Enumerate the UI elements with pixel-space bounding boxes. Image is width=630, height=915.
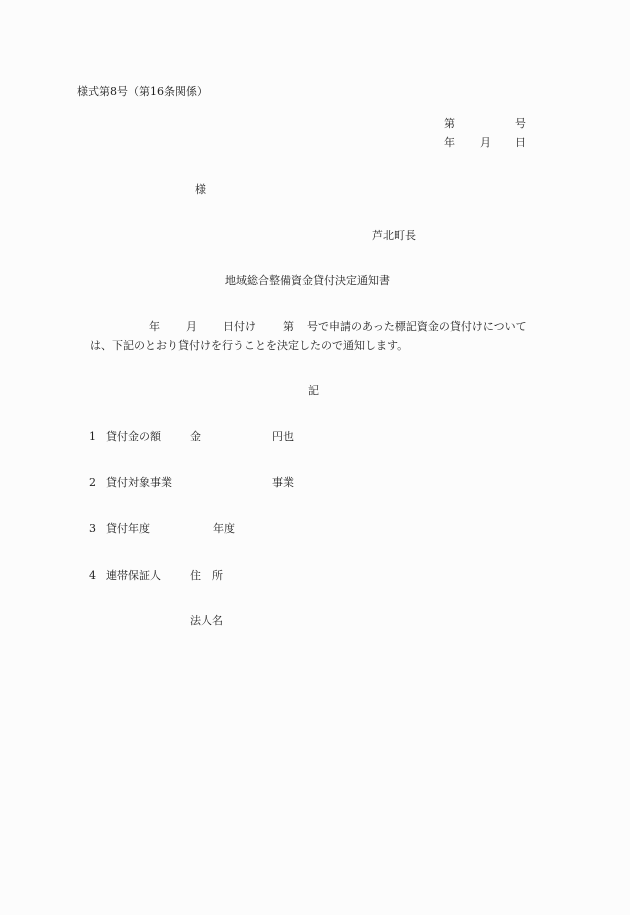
document-title: 地域総合整備資金貸付決定通知書: [225, 274, 390, 288]
item-1-label: 貸付金の額: [106, 430, 161, 444]
item-2-field2: 事業: [272, 476, 294, 490]
item-3-num: 3: [89, 522, 96, 536]
body-month: 月: [186, 320, 197, 334]
item-3-label: 貸付年度: [106, 522, 150, 536]
item-1-field1: 金: [190, 430, 201, 444]
item-2-num: 2: [89, 476, 96, 490]
item-4-label: 連帯保証人: [106, 569, 161, 583]
body-line1-rest: 号で申請のあった標記資金の貸付けについて: [307, 320, 527, 334]
body-line2: は、下記のとおり貸付けを行うことを決定したので通知します。: [90, 339, 408, 353]
body-dated: 日付け: [223, 320, 256, 334]
item-3-field1: 年度: [213, 522, 235, 536]
recipient-honorific: 様: [195, 183, 206, 197]
item-1-num: 1: [89, 430, 96, 444]
number-suffix: 号: [515, 117, 526, 131]
date-month: 月: [480, 136, 491, 150]
date-day: 日: [515, 136, 526, 150]
date-year: 年: [444, 136, 455, 150]
item-1-field2: 円也: [272, 430, 294, 444]
sender-title: 芦北町長: [372, 229, 416, 243]
form-id: 様式第8号（第16条関係）: [77, 85, 208, 99]
item-4-num: 4: [89, 569, 96, 583]
item-4-address: 住 所: [190, 569, 223, 583]
ki-heading: 記: [308, 384, 319, 398]
body-year: 年: [149, 320, 160, 334]
number-prefix: 第: [444, 117, 455, 131]
body-no: 第: [283, 320, 294, 334]
item-2-label: 貸付対象事業: [106, 476, 172, 490]
item-4-corporate-name: 法人名: [190, 614, 223, 628]
